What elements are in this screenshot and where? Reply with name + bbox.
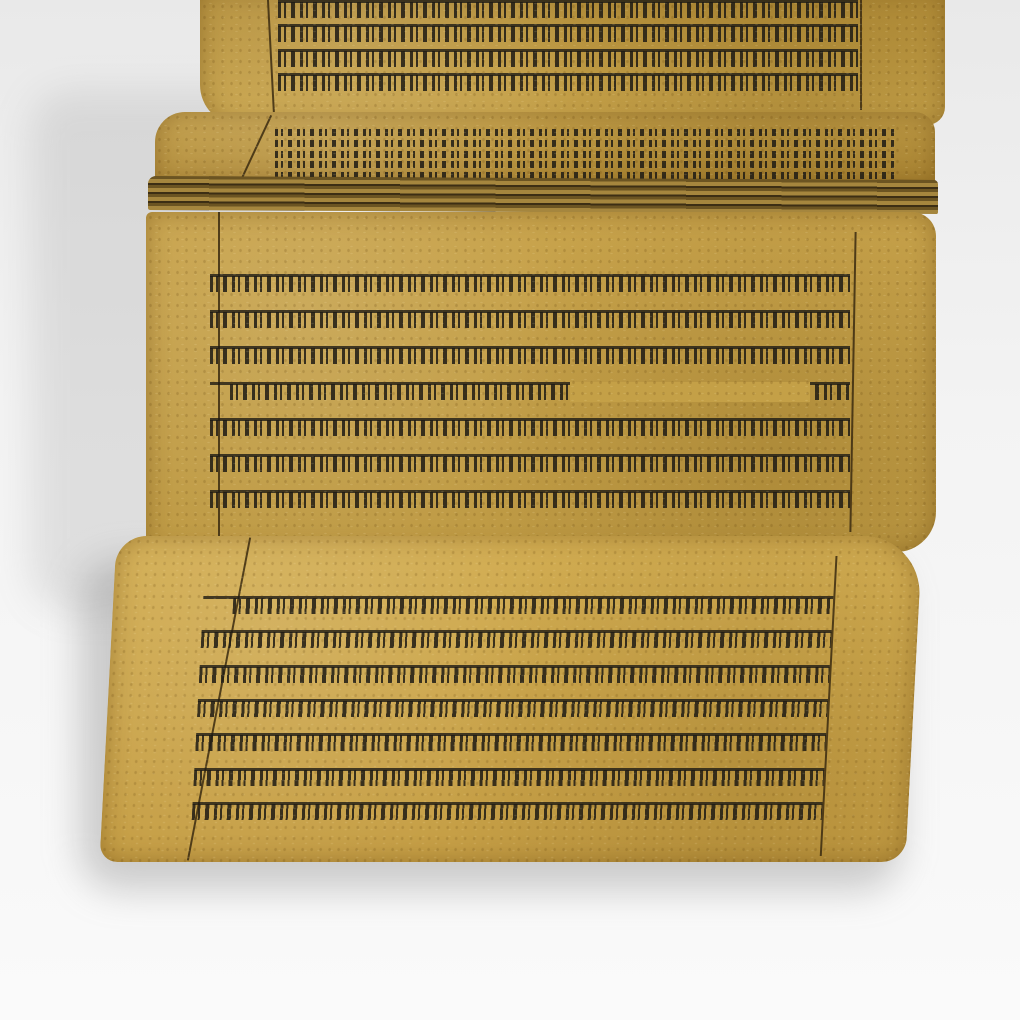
margin-rule	[849, 232, 856, 532]
script-line	[210, 382, 850, 404]
margin-rule	[266, 0, 275, 125]
script-line	[275, 160, 895, 169]
margin-rule	[218, 212, 220, 552]
margin-rule	[820, 556, 838, 856]
bottom-page	[99, 536, 922, 862]
script-line	[210, 418, 850, 440]
page-edges	[148, 176, 938, 214]
text-block	[210, 274, 850, 512]
script-line	[210, 274, 850, 296]
script-line	[275, 150, 895, 159]
folded-page	[155, 112, 935, 184]
script-line	[202, 596, 833, 618]
text-block	[191, 596, 833, 824]
top-page	[200, 0, 945, 125]
script-line	[191, 802, 822, 824]
script-line	[275, 128, 895, 137]
margin-rule	[187, 537, 251, 860]
middle-page	[146, 212, 936, 552]
script-line	[275, 139, 895, 148]
script-line	[210, 346, 850, 368]
script-line	[197, 699, 828, 721]
script-line	[210, 310, 850, 332]
script-line	[199, 665, 830, 687]
margin-rule	[860, 0, 862, 110]
script-line	[278, 24, 858, 46]
margin-rule	[240, 115, 272, 181]
script-line	[278, 0, 858, 22]
script-line	[210, 454, 850, 476]
script-line	[193, 768, 824, 790]
script-line	[200, 630, 831, 652]
script-line	[278, 73, 858, 95]
text-block	[278, 0, 858, 95]
text-block	[275, 128, 895, 180]
script-line	[195, 733, 826, 755]
script-line	[210, 490, 850, 512]
script-line	[278, 49, 858, 71]
